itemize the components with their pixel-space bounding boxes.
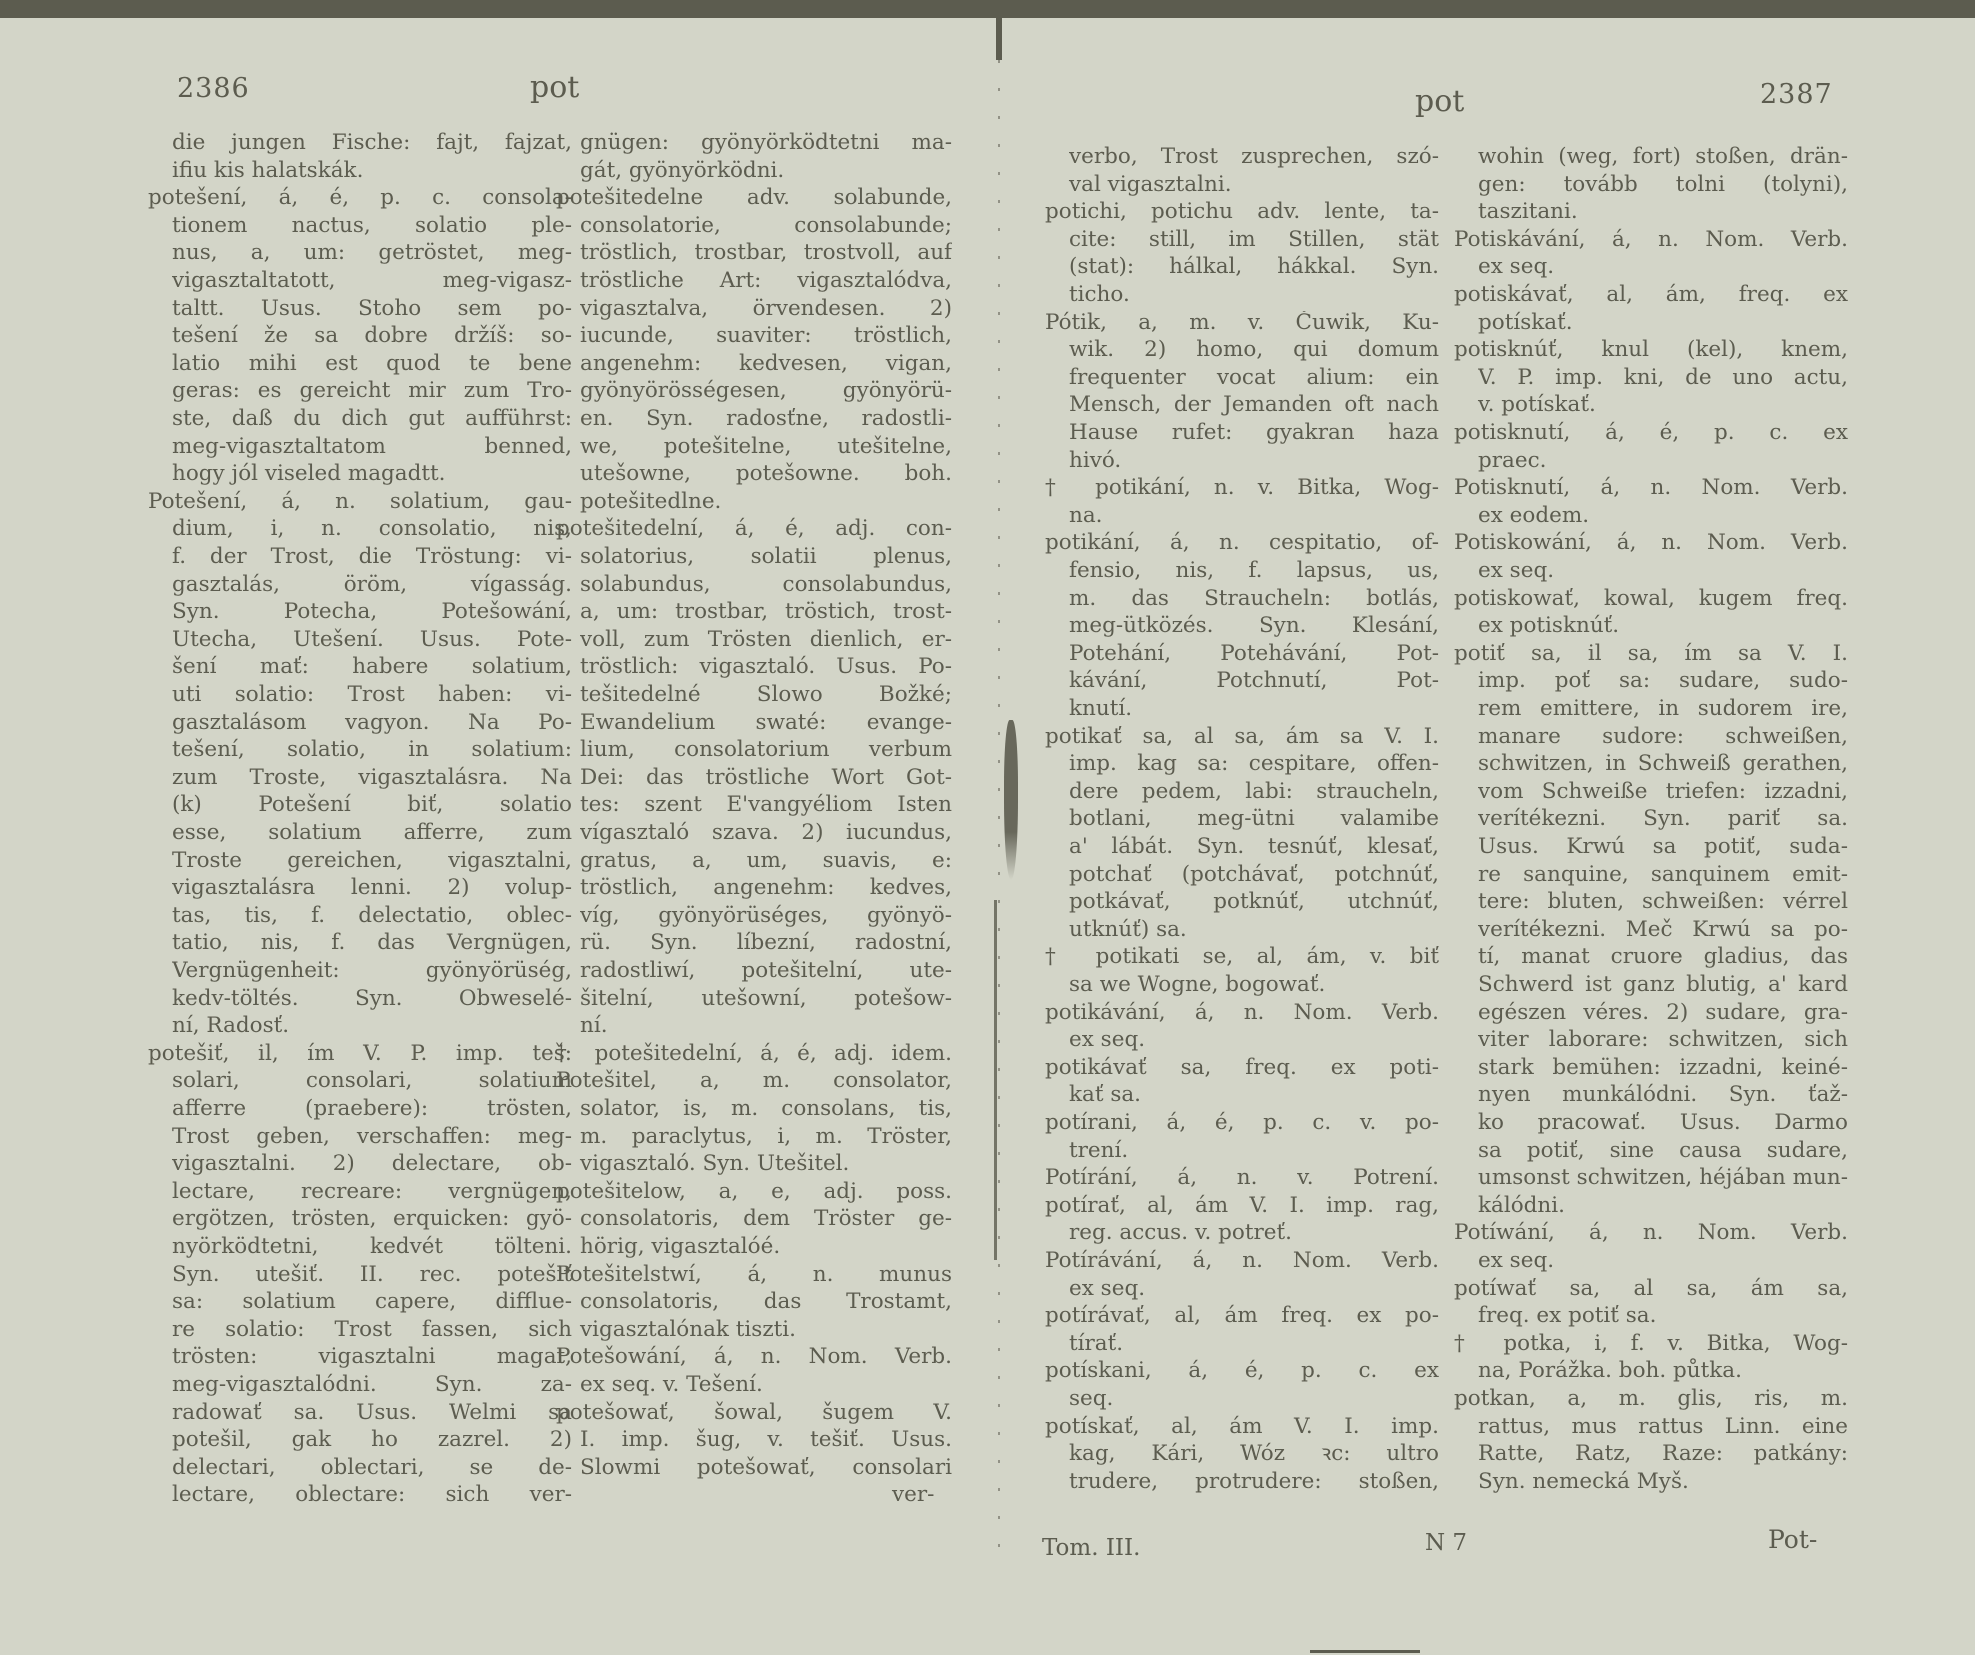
entry-text-line: tionem nactus, solatio ple-: [172, 214, 572, 238]
entry-text-line: meg-vigasztaltatom benned,: [172, 435, 572, 459]
entry-text-line: ex seq.: [1478, 1249, 1554, 1273]
entry-text-line: reg. accus. v. potreť.: [1069, 1221, 1292, 1245]
entry-text-line: Troste gereichen, vigasztalni,: [172, 849, 572, 873]
entry-text-line: voll, zum Trösten dienlich, er-: [580, 628, 952, 652]
entry-text-line: en. Syn. radosťne, radostli-: [580, 407, 952, 431]
entry-text-line: trösten: vigasztalni magat,: [172, 1345, 572, 1369]
entry-text-line: f. der Trost, die Tröstung: vi-: [172, 545, 572, 569]
entry-text-line: ergötzen, trösten, erquicken: gyö-: [172, 1207, 572, 1231]
entry-text-line: na, Porážka. boh. půtka.: [1478, 1359, 1742, 1383]
obsolete-entry-line: † potešitedelní, á, é, adj. idem.: [556, 1042, 952, 1066]
entry-text-line: esse, solatium afferre, zum: [172, 821, 572, 845]
entry-text-line: we, potešitelne, utešitelne,: [580, 435, 952, 459]
entry-text-line: (stat): hálkal, hákkal. Syn.: [1069, 255, 1439, 279]
entry-text-line: vigasztalni. 2) delectare, ob-: [172, 1152, 572, 1176]
entry-text-line: nyen munkálódni. Syn. ťaž-: [1478, 1083, 1848, 1107]
entry-text-line: ní.: [580, 1014, 608, 1038]
entry-text-line: delectari, oblectari, se de-: [172, 1456, 572, 1480]
entry-text-line: kálódni.: [1478, 1194, 1565, 1218]
entry-text-line: ex eodem.: [1478, 504, 1589, 528]
entry-text-line: kať sa.: [1069, 1083, 1141, 1107]
gutter-line: [994, 900, 997, 1260]
entry-headword-line: potírať, al, ám V. I. imp. rag,: [1045, 1194, 1439, 1218]
entry-text-line: hivó.: [1069, 449, 1121, 473]
entry-text-line: botlani, meg-ütni valamibe: [1069, 807, 1439, 831]
entry-headword-line: potešitedelne adv. solabunde,: [556, 186, 952, 210]
entry-text-line: vigasztaltatott, meg-vigasz-: [172, 269, 572, 293]
entry-text-line: angenehm: kedvesen, vigan,: [580, 352, 952, 376]
entry-headword-line: Potiskávání, á, n. Nom. Verb.: [1454, 228, 1848, 252]
entry-text-line: stark bemühen: izzadni, keiné-: [1478, 1056, 1848, 1080]
entry-text-line: vigasztaló. Syn. Utešitel.: [580, 1152, 849, 1176]
entry-text-line: nus, a, um: getröstet, meg-: [172, 241, 572, 265]
entry-text-line: Slowmi potešowať, consolari: [580, 1456, 952, 1480]
entry-headword-line: potešowať, šowal, šugem V.: [556, 1401, 952, 1425]
entry-text-line: hörig, vigasztalóé.: [580, 1235, 780, 1259]
footer-catchword: Pot-: [1768, 1525, 1817, 1554]
entry-text-line: Hause rufet: gyakran haza: [1069, 421, 1439, 445]
entry-text-line: Syn. nemecká Myš.: [1478, 1470, 1689, 1494]
footer-volume: Tom. III.: [1042, 1535, 1140, 1561]
entry-headword-line: Potírání, á, n. v. Potrení.: [1045, 1166, 1439, 1190]
entry-text-line: tešení že sa dobre držíš: so-: [172, 324, 572, 348]
entry-text-line: gasztalás, öröm, vígasság.: [172, 573, 572, 597]
scan-bottom-mark: [1310, 1650, 1420, 1653]
entry-headword-line: potískani, á, é, p. c. ex: [1045, 1359, 1439, 1383]
entry-text-line: lectare, recreare: vergnügen,: [172, 1180, 572, 1204]
entry-text-line: vígasztaló szava. 2) iucundus,: [580, 821, 952, 845]
entry-text-line: tröstlich, angenehm: kedves,: [580, 876, 952, 900]
entry-headword-line: potiskowať, kowal, kugem freq.: [1454, 587, 1848, 611]
entry-text-line: Ratte, Ratz, Raze: patkány:: [1478, 1442, 1848, 1466]
entry-text-line: imp. poť sa: sudare, sudo-: [1478, 669, 1848, 693]
entry-text-line: knutí.: [1069, 697, 1132, 721]
entry-text-line: trudere, protrudere: stoßen,: [1069, 1470, 1439, 1494]
entry-text-line: potešil, gak ho zazrel. 2): [172, 1428, 572, 1452]
entry-headword-line: potisknutí, á, é, p. c. ex: [1454, 421, 1848, 445]
entry-headword-line: potikání, á, n. cespitatio, of-: [1045, 531, 1439, 555]
entry-headword-line: potikať sa, al sa, ám sa V. I.: [1045, 725, 1439, 749]
entry-text-line: ticho.: [1069, 283, 1130, 307]
entry-text-line: meg-ütközés. Syn. Klesání,: [1069, 614, 1439, 638]
entry-text-line: solabundus, consolabundus,: [580, 573, 952, 597]
entry-headword-line: potíwať sa, al sa, ám sa,: [1454, 1277, 1848, 1301]
entry-text-line: consolatoris, dem Tröster ge-: [580, 1207, 952, 1231]
scan-top-edge: [0, 0, 1975, 18]
entry-text-line: fensio, nis, f. lapsus, us,: [1069, 559, 1439, 583]
entry-text-line: šitelní, utešowní, potešow-: [580, 987, 952, 1011]
entry-text-line: consolatorie, consolabunde;: [580, 214, 952, 238]
left-running-head: pot: [530, 70, 579, 105]
entry-text-line: tere: bluten, schweißen: vérrel: [1478, 890, 1848, 914]
entry-text-line: gnügen: gyönyörködtetni ma-: [580, 131, 952, 155]
right-page-number: 2387: [1760, 79, 1833, 110]
gutter-fold: [998, 60, 1000, 1560]
entry-text-line: lectare, oblectare: sich ver-: [172, 1483, 572, 1507]
entry-text-line: viter laborare: schwitzen, sich: [1478, 1028, 1848, 1052]
entry-text-line: Mensch, der Jemanden oft nach: [1069, 393, 1439, 417]
entry-headword-line: potešení, á, é, p. c. consola-: [148, 186, 572, 210]
entry-text-line: lium, consolatorium verbum: [580, 738, 952, 762]
entry-text-line: taszitani.: [1478, 200, 1578, 224]
entry-text-line: I. imp. šug, v. tešiť. Usus.: [580, 1428, 952, 1452]
entry-text-line: rü. Syn. líbezní, radostní,: [580, 931, 952, 955]
entry-headword-line: potírani, á, é, p. c. v. po-: [1045, 1111, 1439, 1135]
entry-text-line: wohin (weg, fort) stoßen, drän-: [1478, 145, 1848, 169]
obsolete-entry-line: † potikání, n. v. Bitka, Wog-: [1045, 476, 1439, 500]
entry-text-line: radostliwí, potešitelní, ute-: [580, 959, 952, 983]
entry-text-line: ex seq.: [1069, 1277, 1145, 1301]
entry-text-line: seq.: [1069, 1387, 1113, 1411]
entry-text-line: potkávať, potknúť, utchnúť,: [1069, 890, 1439, 914]
entry-headword-line: Pótik, a, m. v. Čuwik, Ku-: [1045, 311, 1439, 335]
entry-text-line: solatorius, solatii plenus,: [580, 545, 952, 569]
entry-text-line: tröstlich, trostbar, trostvoll, auf: [580, 241, 952, 265]
entry-text-line: gyönyörösségesen, gyönyörü-: [580, 379, 952, 403]
entry-text-line: ex seq.: [1069, 1028, 1145, 1052]
entry-text-line: verítékezni. Meč Krwú sa po-: [1478, 918, 1848, 942]
entry-headword-line: Potíwání, á, n. Nom. Verb.: [1454, 1221, 1848, 1245]
entry-text-line: uti solatio: Trost haben: vi-: [172, 683, 572, 707]
entry-text-line: zum Troste, vigasztalásra. Na: [172, 766, 572, 790]
entry-text-line: geras: es gereicht mir zum Tro-: [172, 379, 572, 403]
entry-headword-line: potírávať, al, ám freq. ex po-: [1045, 1304, 1439, 1328]
obsolete-entry-line: † potikati se, al, ám, v. biť: [1045, 945, 1439, 969]
entry-text-line: rattus, mus rattus Linn. eine: [1478, 1415, 1848, 1439]
entry-text-line: a, um: trostbar, tröstich, trost-: [580, 600, 952, 624]
entry-text-line: afferre (praebere): trösten,: [172, 1097, 572, 1121]
entry-text-line: umsonst schwitzen, héjában mun-: [1478, 1166, 1848, 1190]
entry-text-line: tí, manat cruore gladius, das: [1478, 945, 1848, 969]
entry-text-line: solari, consolari, solatium: [172, 1069, 572, 1093]
entry-text-line: ifiu kis halatskák.: [172, 159, 363, 183]
entry-text-line: schwitzen, in Schweiß gerathen,: [1478, 752, 1848, 776]
entry-text-line: radowať sa. Usus. Welmi sa: [172, 1401, 572, 1425]
entry-text-line: tešitedelné Slowo Božké;: [580, 683, 952, 707]
entry-text-line: potchať (potchávať, potchnúť,: [1069, 863, 1439, 887]
entry-headword-line: potešitedelní, á, é, adj. con-: [556, 517, 952, 541]
entry-headword-line: potichi, potichu adv. lente, ta-: [1045, 200, 1439, 224]
entry-text-line: re solatio: Trost fassen, sich: [172, 1318, 572, 1342]
entry-text-line: vigasztalva, örvendesen. 2): [580, 297, 952, 321]
entry-text-line: sa potiť, sine causa sudare,: [1478, 1139, 1848, 1163]
catchword: ver-: [892, 1483, 934, 1507]
entry-text-line: Usus. Krwú sa potiť, suda-: [1478, 835, 1848, 859]
entry-text-line: vigasztalásra lenni. 2) volup-: [172, 876, 572, 900]
entry-text-line: Schwerd ist ganz blutig, a' kard: [1478, 973, 1848, 997]
entry-text-line: meg-vigasztalódni. Syn. za-: [172, 1373, 572, 1397]
entry-text-line: val vigasztalni.: [1069, 173, 1232, 197]
entry-text-line: hogy jól viseled magadtt.: [172, 462, 446, 486]
entry-headword-line: Potiskowání, á, n. Nom. Verb.: [1454, 531, 1848, 555]
entry-text-line: tešení, solatio, in solatium:: [172, 738, 572, 762]
entry-text-line: nyörködtetni, kedvét tölteni.: [172, 1235, 572, 1259]
entry-headword-line: potkan, a, m. glis, ris, m.: [1454, 1387, 1848, 1411]
left-page-number: 2386: [177, 73, 250, 104]
entry-text-line: Potehání, Potehávání, Pot-: [1069, 642, 1439, 666]
entry-text-line: utešowne, potešowne. boh.: [580, 462, 952, 486]
entry-text-line: egészen véres. 2) sudare, gra-: [1478, 1001, 1848, 1025]
entry-text-line: a' lábát. Syn. tesnúť, klesať,: [1069, 835, 1439, 859]
entry-text-line: freq. ex potiť sa.: [1478, 1304, 1656, 1328]
entry-text-line: gen: tovább tolni (tolyni),: [1478, 173, 1848, 197]
entry-headword-line: Potírávání, á, n. Nom. Verb.: [1045, 1249, 1439, 1273]
entry-text-line: trení.: [1069, 1139, 1128, 1163]
entry-text-line: die jungen Fische: fajt, fajzat,: [172, 131, 572, 155]
entry-headword-line: Potešowání, á, n. Nom. Verb.: [556, 1345, 952, 1369]
entry-headword-line: potikávání, á, n. Nom. Verb.: [1045, 1001, 1439, 1025]
entry-text-line: v. potískať.: [1478, 393, 1596, 417]
entry-text-line: Vergnügenheit: gyönyörüség,: [172, 959, 572, 983]
entry-text-line: tírať.: [1069, 1332, 1123, 1356]
entry-headword-line: potiskávať, al, ám, freq. ex: [1454, 283, 1848, 307]
entry-text-line: Trost geben, verschaffen: meg-: [172, 1125, 572, 1149]
entry-headword-line: Potešitel, a, m. consolator,: [556, 1069, 952, 1093]
entry-text-line: (k) Potešení biť, solatio: [172, 793, 572, 817]
entry-text-line: ex potisknúť.: [1478, 614, 1619, 638]
entry-text-line: tas, tis, f. delectatio, oblec-: [172, 904, 572, 928]
entry-text-line: solator, is, m. consolans, tis,: [580, 1097, 952, 1121]
entry-headword-line: potisknúť, knul (kel), knem,: [1454, 338, 1848, 362]
entry-text-line: dere pedem, labi: straucheln,: [1069, 780, 1439, 804]
entry-text-line: rem emittere, in sudorem ire,: [1478, 697, 1848, 721]
entry-text-line: Syn. Potecha, Potešowání,: [172, 600, 572, 624]
entry-headword-line: potískať, al, ám V. I. imp.: [1045, 1415, 1439, 1439]
obsolete-entry-line: † potka, i, f. v. Bitka, Wog-: [1454, 1332, 1848, 1356]
footer-signature: N 7: [1425, 1530, 1467, 1556]
entry-text-line: tatio, nis, f. das Vergnügen,: [172, 931, 572, 955]
entry-text-line: iucunde, suaviter: tröstlich,: [580, 324, 952, 348]
entry-text-line: kag, Kári, Wóz ꝛc: ultro: [1069, 1442, 1439, 1466]
entry-text-line: potískať.: [1478, 311, 1573, 335]
entry-text-line: dium, i, n. consolatio, nis,: [172, 517, 572, 541]
entry-text-line: ste, daß du dich gut aufführst:: [172, 407, 572, 431]
entry-text-line: tröstlich: vigasztaló. Usus. Po-: [580, 655, 952, 679]
entry-text-line: kávání, Potchnutí, Pot-: [1069, 669, 1439, 693]
entry-headword-line: Potisknutí, á, n. Nom. Verb.: [1454, 476, 1848, 500]
entry-text-line: utknúť) sa.: [1069, 918, 1187, 942]
entry-text-line: vigasztalónak tiszti.: [580, 1318, 796, 1342]
entry-text-line: víg, gyönyörüséges, gyönyö-: [580, 904, 952, 928]
entry-text-line: ex seq.: [1478, 559, 1554, 583]
entry-text-line: verbo, Trost zusprechen, szó-: [1069, 145, 1439, 169]
entry-headword-line: potešitelow, a, e, adj. poss.: [556, 1180, 952, 1204]
entry-text-line: vom Schweiße triefen: izzadni,: [1478, 780, 1848, 804]
entry-text-line: potešitedlne.: [580, 490, 721, 514]
entry-text-line: gasztalásom vagyon. Na Po-: [172, 711, 572, 735]
entry-headword-line: potikávať sa, freq. ex poti-: [1045, 1056, 1439, 1080]
entry-text-line: kedv-töltés. Syn. Obweselé-: [172, 987, 572, 1011]
entry-text-line: ex seq. v. Tešení.: [580, 1373, 763, 1397]
entry-text-line: m. paraclytus, i, m. Tröster,: [580, 1125, 952, 1149]
gutter-shadow-top: [996, 10, 1002, 60]
entry-text-line: Dei: das tröstliche Wort Got-: [580, 766, 952, 790]
entry-text-line: ko pracowať. Usus. Darmo: [1478, 1111, 1848, 1135]
entry-headword-line: Potešení, á, n. solatium, gau-: [148, 490, 572, 514]
entry-text-line: Ewandelium swaté: evange-: [580, 711, 952, 735]
entry-text-line: ní, Radosť.: [172, 1014, 289, 1038]
entry-text-line: taltt. Usus. Stoho sem po-: [172, 297, 572, 321]
entry-text-line: tröstliche Art: vigasztalódva,: [580, 269, 952, 293]
entry-text-line: manare sudore: schweißen,: [1478, 725, 1848, 749]
entry-text-line: ex seq.: [1478, 255, 1554, 279]
entry-text-line: gát, gyönyörködni.: [580, 159, 784, 183]
entry-headword-line: potiť sa, il sa, ím sa V. I.: [1454, 642, 1848, 666]
entry-text-line: praec.: [1478, 449, 1546, 473]
entry-text-line: consolatoris, das Trostamt,: [580, 1290, 952, 1314]
entry-text-line: sa: solatium capere, difflue-: [172, 1290, 572, 1314]
entry-text-line: wik. 2) homo, qui domum: [1069, 338, 1439, 362]
right-running-head: pot: [1415, 84, 1464, 119]
gutter-smudge: [1004, 720, 1018, 880]
entry-text-line: na.: [1069, 504, 1103, 528]
entry-text-line: frequenter vocat alium: ein: [1069, 366, 1439, 390]
entry-text-line: Utecha, Utešení. Usus. Pote-: [172, 628, 572, 652]
entry-text-line: m. das Straucheln: botlás,: [1069, 587, 1439, 611]
entry-text-line: imp. kag sa: cespitare, offen-: [1069, 752, 1439, 776]
entry-text-line: šení mať: habere solatium,: [172, 655, 572, 679]
entry-text-line: verítékezni. Syn. pariť sa.: [1478, 807, 1848, 831]
entry-text-line: V. P. imp. kni, de uno actu,: [1478, 366, 1848, 390]
entry-text-line: sa we Wogne, bogowať.: [1069, 973, 1325, 997]
entry-text-line: cite: still, im Stillen, stät: [1069, 228, 1439, 252]
entry-text-line: re sanquine, sanquinem emit-: [1478, 863, 1848, 887]
entry-text-line: gratus, a, um, suavis, e:: [580, 849, 952, 873]
entry-headword-line: Potešitelstwí, á, n. munus: [556, 1263, 952, 1287]
entry-text-line: latio mihi est quod te bene: [172, 352, 572, 376]
entry-headword-line: potešiť, il, ím V. P. imp. teš:: [148, 1042, 572, 1066]
entry-text-line: Syn. utešiť. II. rec. potešiť: [172, 1263, 572, 1287]
entry-text-line: tes: szent E'vangyéliom Isten: [580, 793, 952, 817]
